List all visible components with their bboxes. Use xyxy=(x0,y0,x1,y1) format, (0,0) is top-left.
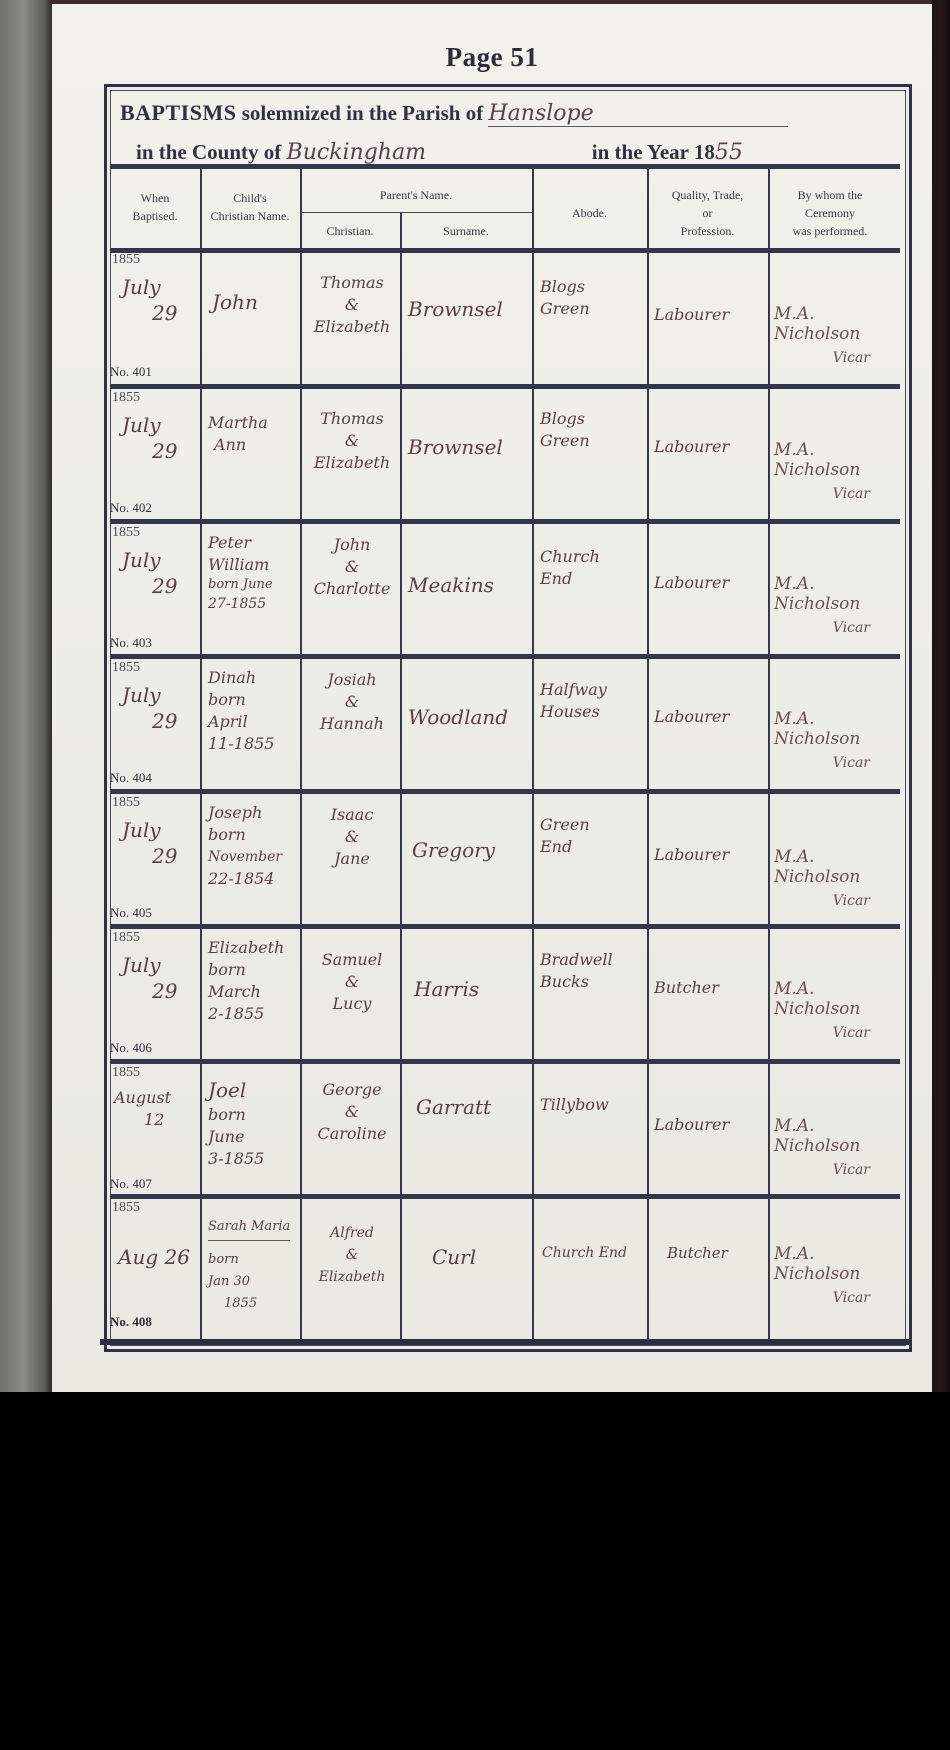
entry-surname: Harris xyxy=(414,976,479,1002)
entry-year: 1855 xyxy=(112,390,140,406)
entry-year: 1855 xyxy=(112,1065,140,1081)
parents-divider xyxy=(300,212,532,213)
entry-surname: Curl xyxy=(432,1244,476,1270)
entry-date: July29 xyxy=(122,412,177,464)
entry-year: 1855 xyxy=(112,525,140,541)
entry-date: August12 xyxy=(114,1087,171,1131)
entry-surname: Brownsel xyxy=(408,296,503,322)
row-rule xyxy=(110,924,900,929)
entry-quality: Butcher xyxy=(667,1242,728,1264)
header-bottom-rule xyxy=(110,248,900,253)
entry-parents: Isaac&Jane xyxy=(304,804,400,870)
heading-year-label: in the Year 18 xyxy=(592,140,715,164)
row-rule xyxy=(110,384,900,389)
entry-parents: Josiah&Hannah xyxy=(304,669,400,735)
entry-officiant: M.A. NicholsonVicar xyxy=(774,979,892,1041)
entry-number: No. 406 xyxy=(110,1040,152,1056)
entry-year: 1855 xyxy=(112,252,140,268)
entry-officiant: M.A. NicholsonVicar xyxy=(774,1116,892,1178)
entry-officiant: M.A. NicholsonVicar xyxy=(774,574,892,636)
page-title: Page 51 xyxy=(52,42,932,73)
col-divider xyxy=(400,212,402,1341)
heading-solemnized: solemnized in the Parish of xyxy=(242,101,484,125)
register-heading: BAPTISMS solemnized in the Parish of Han… xyxy=(120,100,788,127)
entry-surname: Garratt xyxy=(416,1094,491,1120)
entry-surname: Brownsel xyxy=(408,434,503,460)
entry-abode: BlogsGreen xyxy=(540,408,590,452)
entry-child: DinahbornApril11-1855 xyxy=(208,667,274,755)
entry-officiant: M.A. NicholsonVicar xyxy=(774,304,892,366)
entry-quality: Labourer xyxy=(654,1114,729,1136)
book-gutter xyxy=(0,0,52,1392)
entry-parents: John&Charlotte xyxy=(304,534,400,600)
book-page-edge xyxy=(932,0,950,1392)
parish-name: Hanslope xyxy=(488,101,593,126)
col-surname: Surname. xyxy=(400,222,532,240)
entry-year: 1855 xyxy=(112,795,140,811)
county-name: Buckingham xyxy=(287,140,426,165)
heading-county-label: in the County of xyxy=(136,140,281,164)
entry-parents: Alfred&Elizabeth xyxy=(304,1222,400,1288)
entry-abode: HalfwayHouses xyxy=(540,679,607,723)
entry-number: No. 404 xyxy=(110,770,152,786)
entry-child: JoelbornJune3-1855 xyxy=(208,1076,264,1170)
entry-year: 1855 xyxy=(112,1200,140,1216)
entry-number: No. 403 xyxy=(110,635,152,651)
year-suffix: 55 xyxy=(715,140,743,166)
entry-officiant: M.A. NicholsonVicar xyxy=(774,1244,892,1306)
entry-child: Sarah MariabornJan 301855 xyxy=(208,1216,290,1315)
entry-quality: Labourer xyxy=(654,844,729,866)
row-rule xyxy=(110,519,900,524)
entry-child: MarthaAnn xyxy=(208,412,268,456)
entry-date: Aug 26 xyxy=(118,1244,190,1270)
entry-quality: Labourer xyxy=(654,304,729,326)
col-divider xyxy=(300,169,302,1341)
entry-quality: Butcher xyxy=(654,977,719,999)
entry-number: No. 401 xyxy=(110,364,152,380)
col-divider xyxy=(532,169,534,1341)
frame-bottom-rule xyxy=(100,1339,910,1345)
col-christian: Christian. xyxy=(300,222,400,240)
entry-year: 1855 xyxy=(112,930,140,946)
entry-abode: Tillybow xyxy=(540,1094,609,1116)
entry-parents: Samuel&Lucy xyxy=(304,949,400,1015)
row-rule xyxy=(110,789,900,794)
entry-date: July29 xyxy=(122,817,177,869)
entry-child: ElizabethbornMarch2-1855 xyxy=(208,937,284,1025)
col-divider xyxy=(200,169,202,1341)
entry-date: July29 xyxy=(122,547,177,599)
entry-surname: Woodland xyxy=(408,704,508,730)
col-when: WhenBaptised. xyxy=(110,189,200,225)
row-rule xyxy=(110,654,900,659)
col-divider xyxy=(647,169,649,1341)
entry-parents: Thomas&Elizabeth xyxy=(304,408,400,474)
entry-surname: Gregory xyxy=(412,837,495,863)
entry-abode: ChurchEnd xyxy=(540,546,600,590)
header-top-rule xyxy=(110,164,900,169)
col-parents: Parent's Name. xyxy=(300,186,532,204)
col-quality: Quality, Trade,orProfession. xyxy=(647,186,768,240)
entry-date: July29 xyxy=(122,682,177,734)
entry-number: No. 405 xyxy=(110,905,152,921)
entry-parents: George&Caroline xyxy=(304,1079,400,1145)
col-bywhom: By whom theCeremonywas performed. xyxy=(768,186,892,240)
entry-year: 1855 xyxy=(112,660,140,676)
entry-date: July29 xyxy=(122,952,177,1004)
entry-quality: Labourer xyxy=(654,436,729,458)
entry-abode: GreenEnd xyxy=(540,814,590,858)
row-rule xyxy=(110,1194,900,1199)
entry-abode: Church End xyxy=(542,1242,627,1264)
entry-quality: Labourer xyxy=(654,572,729,594)
register-page: Page 51 BAPTISMS solemnized in the Paris… xyxy=(52,4,932,1392)
col-abode: Abode. xyxy=(532,204,647,222)
entry-officiant: M.A. NicholsonVicar xyxy=(774,440,892,502)
col-divider xyxy=(768,169,770,1341)
entry-child: JosephbornNovember22-1854 xyxy=(208,802,282,890)
entry-officiant: M.A. NicholsonVicar xyxy=(774,709,892,771)
row-rule xyxy=(110,1059,900,1064)
entry-number: No. 408 xyxy=(110,1314,152,1330)
entry-number: No. 402 xyxy=(110,500,152,516)
entry-quality: Labourer xyxy=(654,706,729,728)
entry-number: No. 407 xyxy=(110,1176,152,1192)
entry-child: PeterWilliamborn June27-1855 xyxy=(208,532,273,614)
entry-officiant: M.A. NicholsonVicar xyxy=(774,847,892,909)
entry-abode: BradwellBucks xyxy=(540,949,613,993)
entry-date: July29 xyxy=(122,274,177,326)
entry-parents: Thomas&Elizabeth xyxy=(304,272,400,338)
col-child: Child'sChristian Name. xyxy=(200,189,300,225)
entry-surname: Meakins xyxy=(408,572,494,598)
entry-child: John xyxy=(212,289,258,315)
heading-baptisms: BAPTISMS xyxy=(120,100,236,125)
entry-abode: BlogsGreen xyxy=(540,276,590,320)
